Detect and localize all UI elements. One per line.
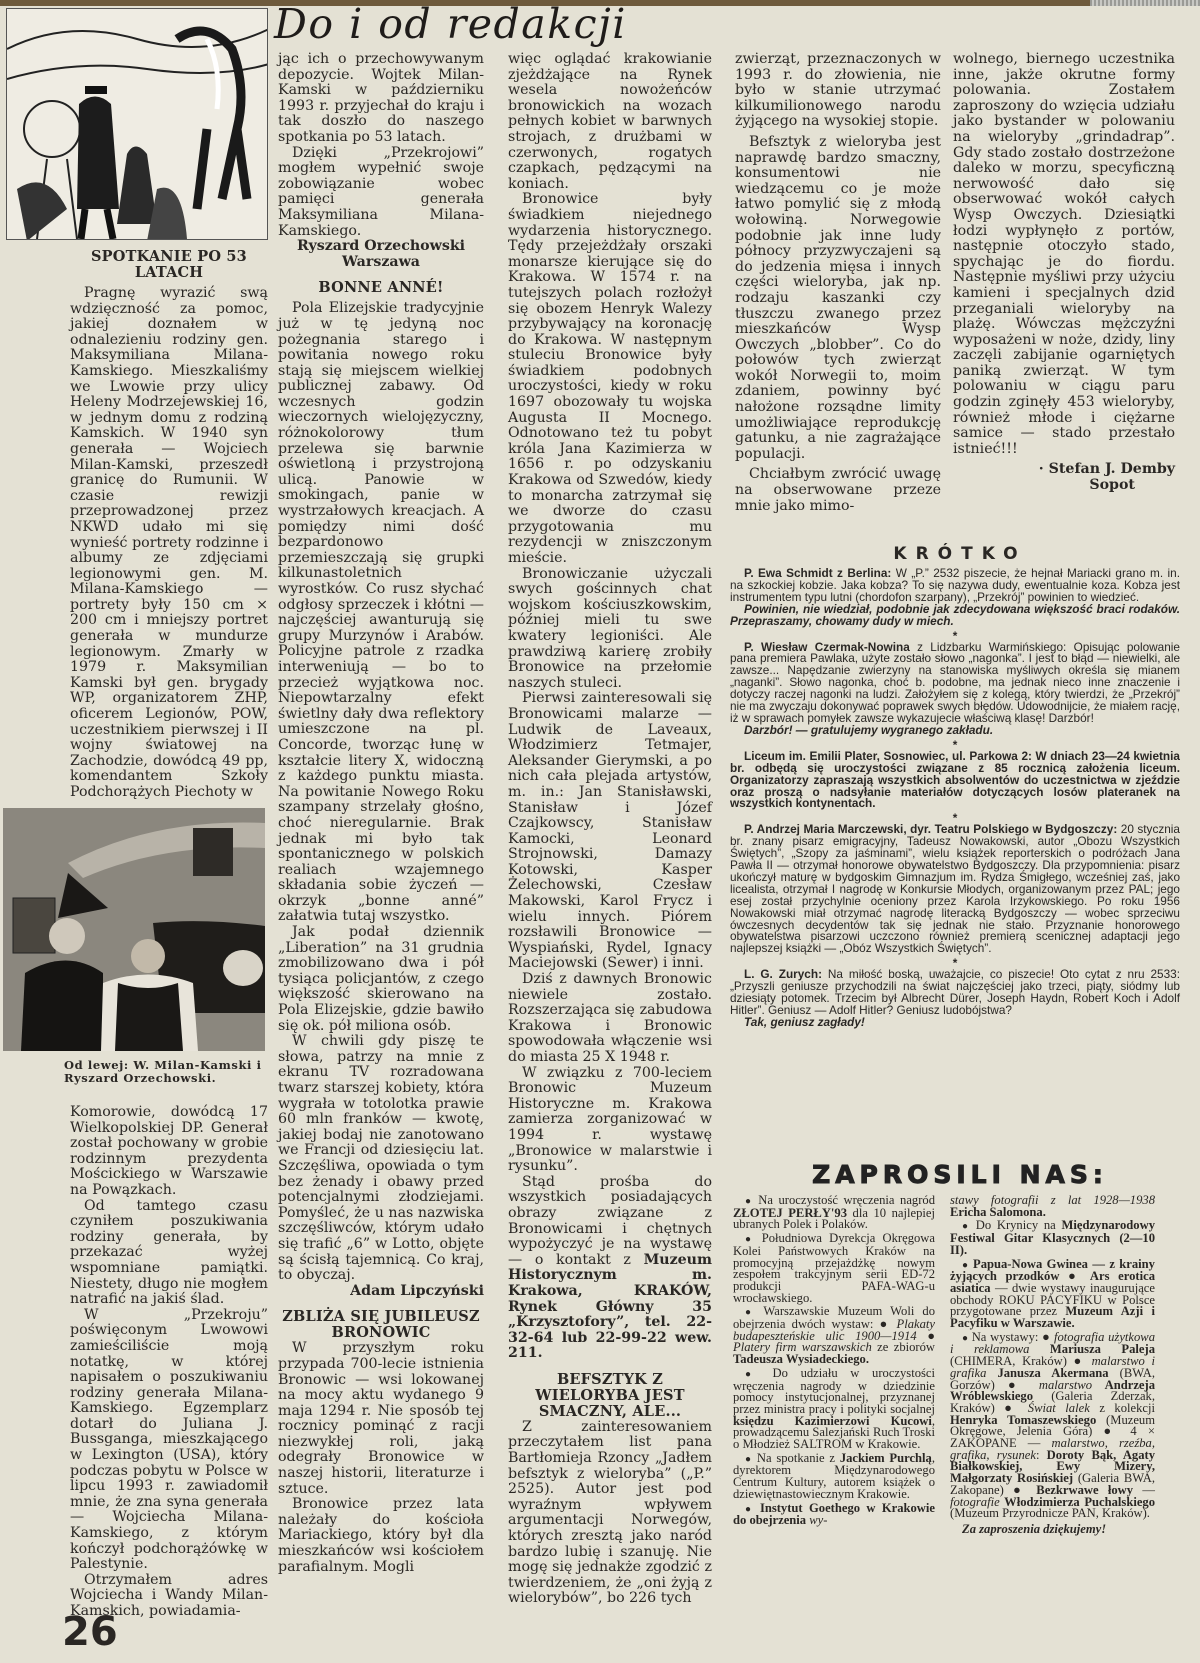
paragraph: zwierząt, przeznaczonych w 1993 r. do zł…	[735, 52, 941, 130]
paragraph: Pierwsi zainteresowali się Bronowicami m…	[508, 691, 712, 972]
paragraph: Od tamtego czasu czyniłem poszukiwania r…	[70, 1199, 268, 1308]
paragraph: Z zainteresowaniem przeczytałem list pan…	[508, 1420, 712, 1607]
paragraph: W „Przekroju” poświęconym Lwowowi zamieś…	[70, 1308, 268, 1573]
column-2: jąc ich o przechowywanym depozycie. Wojt…	[278, 52, 484, 1575]
invitation-text: Instytut Goethego w Krakowie do obejrzen…	[733, 1501, 935, 1528]
paragraph: wolnego, biernego uczestnika inne, jakże…	[953, 52, 1175, 457]
museum-contact: Muzeum Historycznym m. Krakowa, KRAKÓW, …	[508, 1252, 712, 1362]
zaprosili-heading: ZAPROSILI NAS:	[730, 1160, 1190, 1189]
paragraph: Befsztyk z wieloryba jest naprawdę bardz…	[735, 135, 941, 462]
invitation-item: ● Południowa Dyrekcja Okręgowa Kolei Pań…	[733, 1233, 935, 1304]
article-heading-bronowice: ZBLIŻA SIĘ JUBILEUSZ BRONOWIC	[278, 1309, 484, 1341]
column-1: SPOTKANIE PO 53 LATACH Pragnę wyrazić sw…	[70, 249, 268, 801]
krotko-item-text: z Lidzbarku Warmińskiego: Opisując polow…	[730, 640, 1180, 725]
photo-image-icon	[3, 808, 265, 1051]
paragraph: Dziś z dawnych Bronowic niewiele zostało…	[508, 972, 712, 1066]
invitation-text: ze zbiorów	[872, 1340, 935, 1354]
invitation-text: wy-	[809, 1513, 827, 1527]
krotko-item: L. G. Zurych: Na miłość boską, uważajcie…	[730, 969, 1180, 1017]
krotko-item: P. Andrzej Maria Marczewski, dyr. Teatru…	[730, 824, 1180, 955]
invitation-item: ● Na wystawy: ● fotografia użytkowa i re…	[950, 1332, 1155, 1520]
invitation-item: ● Warszawskie Muzeum Woli do obejrzenia …	[733, 1306, 935, 1366]
article-heading-spotkanie: SPOTKANIE PO 53 LATACH	[70, 249, 268, 281]
author-city: Warszawa	[278, 255, 484, 271]
paragraph: jąc ich o przechowywanym depozycie. Wojt…	[278, 52, 484, 146]
column-1-continued: Komorowie, dowódcą 17 Wielkopolskiej DP.…	[70, 1105, 268, 1620]
author-signature: Ryszard Orzechowski	[278, 239, 484, 255]
krotko-section: P. Ewa Schmidt z Berlina: W „P.” 2532 pi…	[730, 568, 1180, 1029]
invitation-item: ● Papua-Nowa Gwinea — z krainy żyjących …	[950, 1259, 1155, 1330]
krotko-item: P. Wiesław Czermak-Nowina z Lidzbarku Wa…	[730, 642, 1180, 725]
paragraph: Bronowice przez lata należały do kościoł…	[278, 1497, 484, 1575]
photo-two-men	[3, 808, 265, 1051]
photo-caption: Od lewej: W. Milan-Kamski i Ryszard Orze…	[64, 1059, 268, 1085]
column-3: więc oglądać krakowianie zjeżdżające na …	[508, 52, 712, 1607]
paragraph: więc oglądać krakowianie zjeżdżające na …	[508, 52, 712, 192]
krotko-item: Liceum im. Emilii Plater, Sosnowiec, ul.…	[730, 751, 1180, 811]
invitation-text: (Muzeum Przyrodnicze PAN, Kraków).	[950, 1506, 1150, 1520]
author-city: Sopot	[953, 478, 1175, 494]
invitation-text: Południowa Dyrekcja Okręgowa Kolei Państ…	[733, 1231, 935, 1305]
column-4: zwierząt, przeznaczonych w 1993 r. do zł…	[735, 52, 941, 514]
krotko-heading: KRÓTKO	[730, 544, 1190, 564]
krotko-item-text: 20 stycznia br. znany pisarz emigracyjny…	[730, 822, 1180, 955]
paragraph: Bronowice były świadkiem niejednego wyda…	[508, 192, 712, 566]
invitation-item: ● Na uroczystość wręczenia nagród ZŁOTEJ…	[733, 1195, 935, 1231]
krotko-reply: Tak, geniusz zagłady!	[730, 1017, 1180, 1029]
article-heading-bonne-anne: BONNE ANNÉ!	[278, 280, 484, 296]
invitation-item: ● Do udziału w uroczystości wręczenia na…	[733, 1368, 935, 1451]
invitation-text: Ericha Salomona.	[950, 1205, 1046, 1219]
invitation-item: stawy fotografii z lat 1928—1938 Ericha …	[950, 1195, 1155, 1218]
author-signature: · Stefan J. Demby	[953, 462, 1175, 478]
invitation-item: ● Do Krynicy na Międzynarodowy Festiwal …	[950, 1220, 1155, 1256]
invitation-item: ● Na spotkanie z Jackiem Purchlą, dyrekt…	[733, 1453, 935, 1501]
paragraph: W przyszłym roku przypada 700-lecie istn…	[278, 1341, 484, 1497]
section-title: Do i od redakcji	[274, 2, 627, 46]
zaprosili-right-column: stawy fotografii z lat 1928—1938 Ericha …	[950, 1195, 1155, 1538]
page-number: 26	[62, 1612, 118, 1652]
paragraph: W związku z 700-leciem Bronowic Muzeum H…	[508, 1066, 712, 1175]
author-signature: Adam Lipczyński	[278, 1284, 484, 1300]
invitation-closing: Za zaproszenia dziękujemy!	[950, 1524, 1155, 1536]
paragraph: Stąd prośba do wszystkich posiadających …	[508, 1175, 712, 1362]
article-heading-befsztyk: BEFSZTYK Z WIELORYBA JEST SMACZNY, ALE..…	[508, 1372, 712, 1420]
paragraph: Jak podał dziennik „Liberation” na 31 gr…	[278, 925, 484, 1034]
paragraph: Chciałbym zwrócić uwagę na obserwowane p…	[735, 467, 941, 514]
invitation-text: Tadeusza Wysiadeckiego.	[733, 1352, 869, 1366]
engraving-image-icon	[7, 9, 268, 240]
corner-strip	[1090, 0, 1200, 6]
krotko-reply: Darzbór! — gratulujemy wygranego zakładu…	[730, 725, 1180, 737]
paragraph: Komorowie, dowódcą 17 Wielkopolskiej DP.…	[70, 1105, 268, 1199]
paragraph: Bronowiczanie użyczali swych gościnnych …	[508, 567, 712, 692]
paragraph: Dzięki „Przekrojowi” mogłem wypełnić swo…	[278, 146, 484, 240]
krotko-item: P. Ewa Schmidt z Berlina: W „P.” 2532 pi…	[730, 568, 1180, 604]
column-5: wolnego, biernego uczestnika inne, jakże…	[953, 52, 1175, 494]
krotko-reply: Powinien, nie wiedział, podobnie jak zde…	[730, 604, 1180, 628]
paragraph: Pola Elizejskie tradycyjnie już w tę jed…	[278, 301, 484, 925]
zaprosili-left-column: ● Na uroczystość wręczenia nagród ZŁOTEJ…	[733, 1195, 935, 1529]
paragraph: W chwili gdy piszę te słowa, patrzy na m…	[278, 1034, 484, 1284]
invitation-item: ● Instytut Goethego w Krakowie do obejrz…	[733, 1503, 935, 1527]
engraving-illustration	[6, 8, 268, 240]
paragraph: Pragnę wyrazić swą wdzięczność za pomoc,…	[70, 286, 268, 801]
